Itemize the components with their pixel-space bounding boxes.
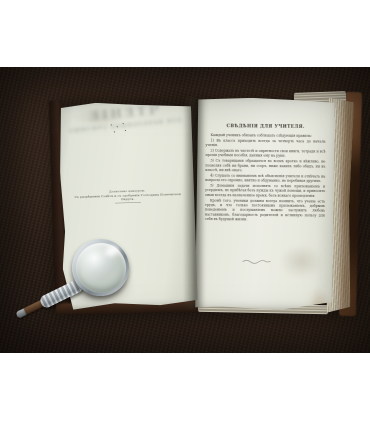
divider-flourish bbox=[241, 258, 271, 265]
show-through-title-text: ЧТЕНІЕ для начальныхъ училищъ bbox=[63, 99, 187, 158]
book-gutter-shadow bbox=[183, 97, 205, 309]
chapter-heading: СВѢДѢНІЯ ДЛЯ УЧИТЕЛЯ. bbox=[206, 123, 326, 129]
paragraph: 5) Домашнія задачи исполнять со всѣмъ пр… bbox=[205, 184, 325, 199]
leather-background: СВѢДѢНІЯ ДЛЯ УЧИТЕЛЯ. Каждый ученикъ обя… bbox=[0, 67, 370, 353]
imprint-block: Дозволено цензурою. Съ разрѣшенія Совѣта… bbox=[69, 188, 187, 204]
photo-canvas: СВѢДѢНІЯ ДЛЯ УЧИТЕЛЯ. Каждый ученикъ обя… bbox=[0, 0, 370, 423]
paragraph: 2) Содержать въ чистотѣ и опрятности сво… bbox=[205, 149, 325, 159]
ink-specks bbox=[111, 124, 112, 125]
page-stain bbox=[279, 244, 323, 278]
imprint-rule bbox=[115, 202, 141, 203]
paragraph: Кромѣ того, ученики должны всегда помнит… bbox=[205, 198, 325, 222]
paragraph: 1) Въ классъ приходить всегда за четверт… bbox=[205, 138, 325, 148]
magnifier-lens bbox=[72, 239, 129, 296]
right-page: СВѢДѢНІЯ ДЛЯ УЧИТЕЛЯ. Каждый ученикъ обя… bbox=[195, 97, 335, 310]
right-page-text-block: СВѢДѢНІЯ ДЛЯ УЧИТЕЛЯ. Каждый ученикъ обя… bbox=[205, 123, 326, 223]
paragraph: 4) Слушать со вниманіемъ всѣ объясненія … bbox=[205, 173, 325, 183]
paragraph: 3) Съ товарищами обращаться во всемъ кро… bbox=[205, 159, 325, 174]
